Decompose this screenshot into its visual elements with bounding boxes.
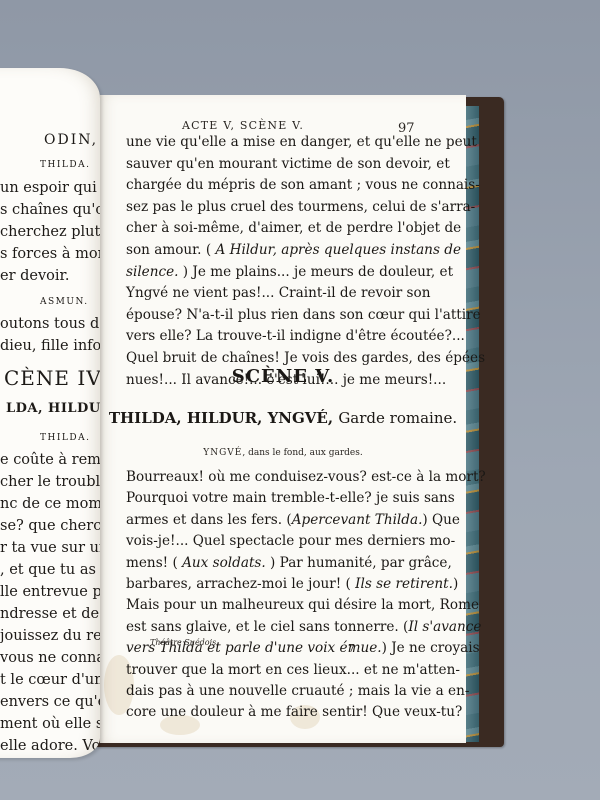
left-page-line: envers ce qu'elle avait d bbox=[0, 692, 100, 714]
text-line: cher à soi-même, d'aimer, et de perdre l… bbox=[126, 218, 410, 240]
text-line: une vie qu'elle a mise en danger, et qu'… bbox=[126, 132, 410, 154]
left-page-line: ASMUN. bbox=[40, 292, 89, 314]
left-page-line: nc de ce moment terrib bbox=[0, 494, 100, 516]
signature-mark: Théâtre Suédois. bbox=[150, 638, 219, 647]
left-page-line: s forces à mon âme po bbox=[0, 244, 100, 266]
left-page-line: s chaînes qu'on trouve e bbox=[0, 200, 100, 222]
left-page-line: , et que tu as trahi? C bbox=[0, 560, 100, 582]
left-page-line: cherchez plutôt, mon p bbox=[0, 222, 100, 244]
cast-names: THILDA, HILDUR, YNGVÉ, bbox=[109, 409, 333, 427]
left-page-line: dieu, fille infortunée, tu bbox=[0, 336, 100, 358]
left-page-line: er devoir. bbox=[0, 266, 70, 288]
speaker-name: YNGVÉ bbox=[203, 448, 242, 458]
stage-direction: , dans le fond, aux gardes. bbox=[242, 448, 362, 458]
scene-title: SCÈNE V. bbox=[100, 366, 466, 387]
left-page-line: e coûte à remplir! Cest bbox=[0, 450, 100, 472]
left-page-line: ODIN, bbox=[44, 130, 98, 152]
running-head: ACTE V, SCÈNE V. bbox=[182, 119, 304, 132]
text-line: vois-je!... Quel spectacle pour mes dern… bbox=[126, 531, 410, 553]
left-page-line: se? que cherches-tu ici? bbox=[0, 516, 100, 538]
text-line: barbares, arrachez-moi le jour! ( Ils se… bbox=[126, 574, 410, 596]
left-page-line: THILDA. bbox=[40, 155, 90, 177]
text-line: Mais pour un malheureux qui désire la mo… bbox=[126, 595, 410, 617]
left-page-line: cher le trouble qui s'emp bbox=[0, 472, 100, 494]
left-page-line: ndresse et de crime! C bbox=[0, 604, 100, 626]
text-line: silence. ) Je me plains... je meurs de d… bbox=[126, 262, 410, 284]
text-line: Bourreaux! où me conduisez-vous? est-ce … bbox=[126, 467, 410, 489]
text-line: trouver que la mort en ces lieux... et n… bbox=[126, 660, 410, 682]
left-page-line: r ta vue sur un amant bbox=[0, 538, 100, 560]
text-line: dais pas à une nouvelle cruauté ; mais l… bbox=[126, 681, 410, 703]
left-page-curled: ODIN,THILDA.un espoir qui sera tros chaî… bbox=[0, 68, 100, 758]
text-line: mens! ( Aux soldats. ) Par humanité, par… bbox=[126, 553, 410, 575]
cast-extra: Garde romaine. bbox=[338, 409, 457, 427]
left-page-line: outons tous deux sa voi bbox=[0, 314, 100, 336]
text-line: son amour. ( A Hildur, après quelques in… bbox=[126, 240, 410, 262]
gathering-number: 7 bbox=[348, 642, 355, 655]
left-page-line: jouissez du repos que d bbox=[0, 626, 100, 648]
text-line: sez pas le plus cruel des tourmens, celu… bbox=[126, 197, 410, 219]
cast-list: THILDA, HILDUR, YNGVÉ, Garde romaine. bbox=[100, 409, 466, 427]
text-line: armes et dans les fers. (Apercevant Thil… bbox=[126, 510, 410, 532]
left-page-line: ment où elle sera vue av bbox=[0, 714, 100, 736]
left-page-line: un espoir qui sera tro bbox=[0, 178, 100, 200]
left-page-line: THILDA. bbox=[40, 428, 90, 450]
text-line: Yngvé ne vient pas!... Craint-il de revo… bbox=[126, 283, 410, 305]
speaker-heading: YNGVÉ, dans le fond, aux gardes. bbox=[100, 448, 466, 458]
left-page-line: t le cœur d'une amante bbox=[0, 670, 100, 692]
text-line: est sans glaive, et le ciel sans tonnerr… bbox=[126, 617, 410, 639]
left-page-line: vous ne connaissez pas l bbox=[0, 648, 100, 670]
left-page-line: CÈNE IV. bbox=[4, 368, 100, 390]
left-page-line: lle entrevue pour tou bbox=[0, 582, 100, 604]
text-line: chargée du mépris de son amant ; vous ne… bbox=[126, 175, 410, 197]
left-page-line: LDA, HILDUR. bbox=[6, 398, 100, 420]
text-line: vers elle? La trouve-t-il indigne d'être… bbox=[126, 326, 410, 348]
text-line: core une douleur à me faire sentir! Que … bbox=[126, 702, 410, 724]
left-page-line: elle adore. Vous ne sav bbox=[0, 736, 100, 758]
text-line: sauver qu'en mourant victime de son devo… bbox=[126, 154, 410, 176]
text-line: Pourquoi votre main tremble-t-elle? je s… bbox=[126, 488, 410, 510]
text-line: épouse? N'a-t-il plus rien dans son cœur… bbox=[126, 305, 410, 327]
